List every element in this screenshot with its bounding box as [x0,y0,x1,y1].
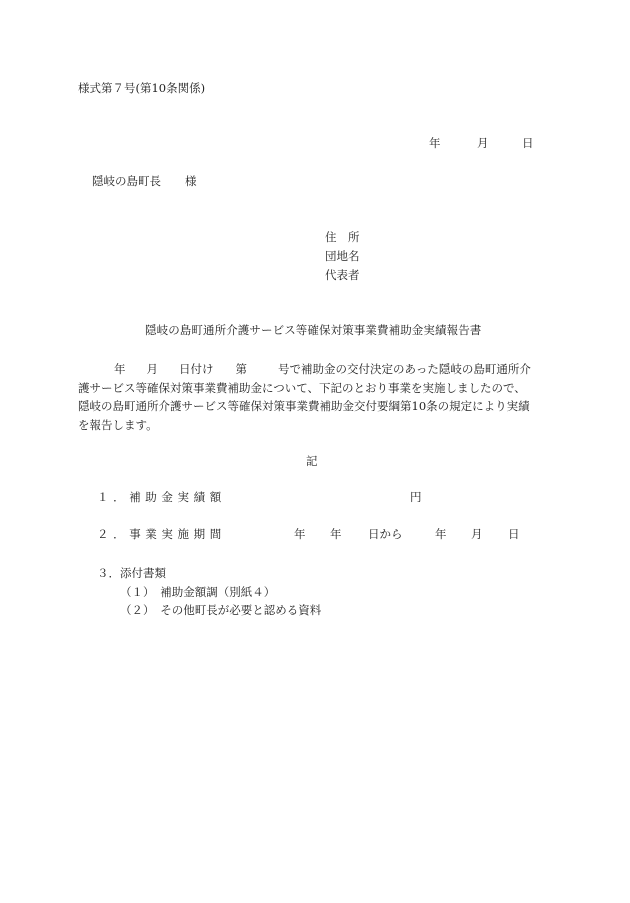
addressee-honorific: 様 [185,174,197,188]
date-month-label: 月 [477,136,489,150]
date-year-label: 年 [429,136,441,150]
address-label: 住 所 [325,230,360,249]
period-start-month: 年 [330,527,342,541]
period-end-day: 日 [508,527,520,541]
period-start-year: 年 [294,527,306,541]
applicant-block: 住 所 団地名 代表者 [325,230,360,287]
date-day-label: 日 [522,136,534,150]
body-paragraph: 年月日付け第号で補助金の交付決定のあった隠岐の島町通所介 護サービス等確保対策事… [78,360,552,435]
form-number: 様式第７号(第10条関係) [78,81,205,95]
document-title: 隠岐の島町通所介護サービス等確保対策事業費補助金実績報告書 [145,323,481,337]
body-line-4: を報告します。 [78,416,552,435]
item-subsidy-amount-unit: 円 [410,490,422,504]
representative-label: 代表者 [325,268,360,287]
item-period-label: ２．事業実施期間 [97,527,226,541]
organization-label: 団地名 [325,249,360,268]
period-end-year: 年 [435,527,447,541]
body-line-1: 年月日付け第号で補助金の交付決定のあった隠岐の島町通所介 [78,360,552,379]
period-start-day: 日から [368,527,403,541]
item-attachments-label: ３．添付書類 [97,566,166,580]
body-line-3: 隠岐の島町通所介護サービス等確保対策事業費補助金交付要綱第10条の規定により実績 [78,397,552,416]
attachment-item-1: （１） 補助金額調（別紙４） [120,585,275,599]
addressee: 隠岐の島町長様 [92,174,197,188]
ki-heading: 記 [306,454,318,468]
period-end-month: 月 [471,527,483,541]
item-subsidy-amount-label: １．補助金実績額 [97,490,226,504]
date-field: 年 月 日 [0,136,630,150]
attachment-item-2: （２） その他町長が必要と認める資料 [120,603,321,617]
addressee-name: 隠岐の島町長 [92,174,161,188]
body-line-2: 護サービス等確保対策事業費補助金について、下記のとおり事業を実施しましたので、 [78,379,552,398]
